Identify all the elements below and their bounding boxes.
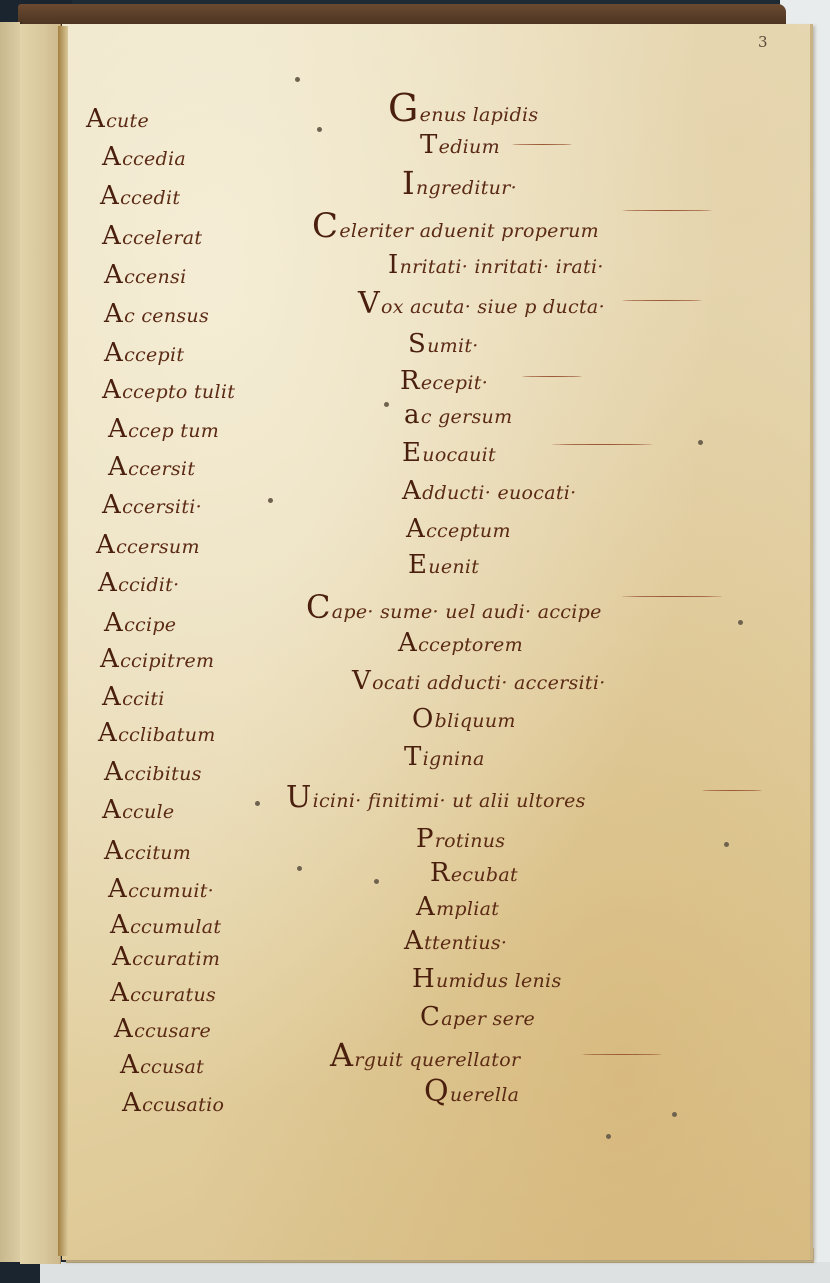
pen-flourish (622, 210, 712, 212)
prick-hole (374, 879, 379, 884)
lemma-entry: Accitum (104, 836, 191, 866)
lemma-entry: Accule (102, 795, 174, 825)
gloss-entry: ac gersum (404, 400, 512, 430)
lemma-entry: Accersit (108, 452, 195, 482)
lemma-entry: Acclibatum (98, 718, 216, 748)
prick-hole (295, 77, 300, 82)
gloss-entry: Protinus (416, 824, 505, 854)
gloss-entry: Recepit· (400, 366, 488, 396)
lemma-entry: Accelerat (102, 221, 202, 251)
gloss-entry: Acceptum (406, 514, 511, 544)
gloss-entry: Tedium (420, 130, 500, 160)
prick-hole (384, 402, 389, 407)
book-cover-edge (18, 4, 786, 26)
gloss-entry: Caper sere (420, 1002, 535, 1032)
prick-hole (698, 440, 703, 445)
lemma-entry: Accusat (120, 1050, 204, 1080)
manuscript-page: 3 Acute Accedia Accedit Accelerat Accens… (62, 24, 813, 1260)
lemma-entry: Accusatio (122, 1088, 224, 1118)
gloss-entry: Attentius· (404, 926, 507, 956)
gloss-entry: Tignina (404, 742, 485, 772)
lemma-entry: Accedit (100, 181, 180, 211)
gloss-entry: Celeriter aduenit properum (312, 206, 599, 246)
gloss-entry: Recubat (430, 858, 518, 888)
lemma-entry: Accersiti· (102, 490, 202, 520)
lemma-entry: Accepit (104, 338, 184, 368)
folio-number: 3 (758, 33, 768, 51)
gloss-entry: Querella (424, 1074, 519, 1109)
prick-hole (606, 1134, 611, 1139)
gloss-entry: Vox acuta· siue p ducta· (358, 286, 605, 321)
pen-flourish (702, 790, 762, 792)
scan-background-bottom (40, 1262, 830, 1283)
pen-flourish (622, 300, 702, 302)
gutter-shadow (58, 26, 68, 1256)
gloss-entry: Vocati adducti· accersiti· (352, 666, 606, 696)
gloss-entry: Genus lapidis (388, 86, 538, 130)
lemma-entry: Accumuit· (108, 874, 214, 904)
gloss-entry: Euenit (408, 550, 479, 580)
lemma-entry: Accersum (96, 530, 200, 560)
prick-hole (317, 127, 322, 132)
pen-flourish (512, 144, 572, 146)
lemma-entry: Accipitrem (100, 644, 214, 674)
prick-hole (672, 1112, 677, 1117)
pen-flourish (522, 376, 582, 378)
pen-flourish (552, 444, 652, 446)
gloss-entry: Acceptorem (398, 628, 523, 658)
prick-hole (297, 866, 302, 871)
gloss-entry: Ingreditur· (402, 164, 517, 202)
gloss-entry: Adducti· euocati· (402, 476, 577, 506)
previous-leaf-edge (0, 22, 22, 1262)
lemma-entry: Accep tum (108, 414, 219, 444)
pen-flourish (582, 1054, 662, 1056)
gloss-entry: Obliquum (412, 704, 516, 734)
lemma-entry: Accuratus (110, 978, 216, 1008)
lemma-entry: Accuratim (112, 942, 220, 972)
lemma-entry: Accepto tulit (102, 375, 235, 405)
lemma-entry: Acute (86, 104, 149, 134)
lemma-entry: Accedia (102, 142, 186, 172)
gloss-entry: Euocauit (402, 438, 496, 468)
gloss-entry: Ampliat (416, 892, 499, 922)
lemma-entry: Accibitus (104, 757, 202, 787)
lemma-entry: Accumulat (110, 910, 221, 940)
binding-stub (20, 24, 61, 1264)
gloss-entry: Sumit· (408, 329, 479, 359)
lemma-entry: Accensi (104, 260, 186, 290)
pen-flourish (622, 596, 722, 598)
prick-hole (255, 801, 260, 806)
gloss-entry: Cape· sume· uel audi· accipe (306, 588, 602, 626)
lemma-entry: Acciti (102, 682, 165, 712)
prick-hole (738, 620, 743, 625)
lemma-entry: Ac census (104, 299, 209, 329)
gloss-entry: Uicini· finitimi· ut alii ultores (286, 780, 586, 815)
prick-hole (724, 842, 729, 847)
prick-hole (268, 498, 273, 503)
lemma-entry: Accidit· (98, 568, 179, 598)
gloss-entry: Inritati· inritati· irati· (388, 250, 604, 280)
lemma-entry: Accusare (114, 1014, 211, 1044)
gloss-entry: Humidus lenis (412, 964, 562, 994)
gloss-entry: Arguit querellator (330, 1036, 520, 1074)
lemma-entry: Accipe (104, 608, 176, 638)
